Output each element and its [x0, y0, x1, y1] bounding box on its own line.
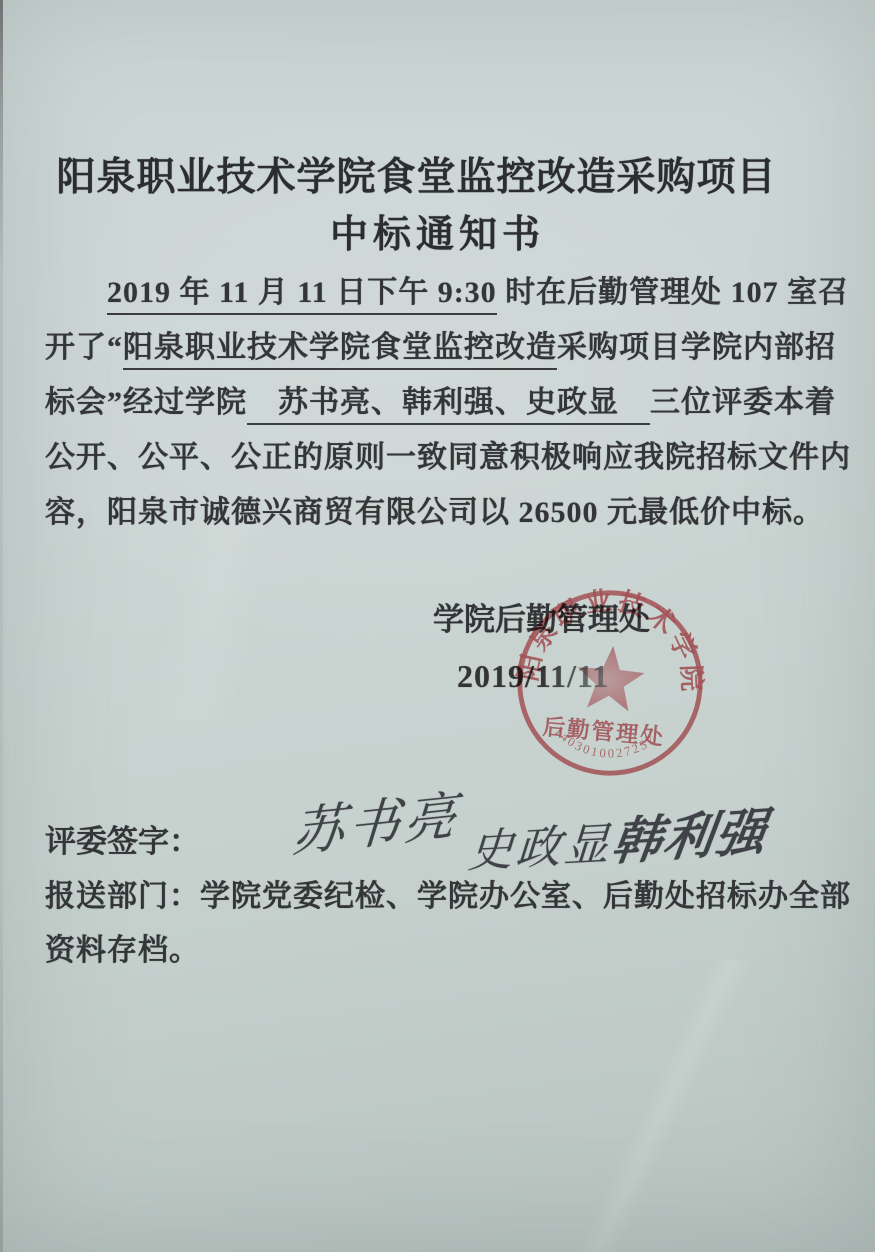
- body-line-3-underlined: 苏书亮、韩利强、史政显: [247, 386, 650, 425]
- body-line-3-pre: 标会”经过学院: [45, 386, 247, 419]
- body-line-3: 标会”经过学院 苏书亮、韩利强、史政显 三位评委本着: [45, 388, 836, 418]
- body-line-4-text: 公开、公平、公正的原则一致同意积极响应我院招标文件内: [45, 441, 851, 474]
- doc-title-line2: 中标通知书: [0, 216, 875, 254]
- body-line-5: 容，阳泉市诚德兴商贸有限公司以 26500 元最低价中标。: [45, 498, 824, 528]
- body-line-2-underlined: 阳泉职业技术学院食堂监控改造: [123, 331, 557, 370]
- body-line-1-rest: 时在后勤管理处 107 室召: [497, 276, 850, 309]
- body-line-2: 开了“阳泉职业技术学院食堂监控改造采购项目学院内部招: [45, 333, 836, 363]
- evaluator-signature-label: 评委签字：: [45, 826, 200, 857]
- body-line-3-rest: 三位评委本着: [650, 386, 836, 419]
- body-line-2-rest: 采购项目学院内部招: [557, 331, 836, 364]
- photo-left-edge-shadow: [0, 0, 3, 1252]
- document-page: 阳泉职业技术学院食堂监控改造采购项目 中标通知书 2019 年 11 月 11 …: [0, 0, 875, 1252]
- body-line-1-underlined: 2019 年 11 月 11 日下午 9:30: [107, 276, 497, 315]
- distribution-line-1: 报送部门：学院党委纪检、学院办公室、后勤处招标办全部: [45, 882, 851, 912]
- signature-han-liqiang: 韩利强: [609, 806, 772, 868]
- doc-title-line1: 阳泉职业技术学院食堂监控改造采购项目: [0, 158, 875, 197]
- body-line-1-pre: [45, 276, 107, 309]
- body-line-2-pre: 开了“: [45, 331, 123, 364]
- seal-ink-fade: [540, 635, 670, 725]
- distribution-line-2: 资料存档。: [45, 936, 200, 966]
- body-line-4: 公开、公平、公正的原则一致同意积极响应我院招标文件内: [45, 443, 851, 473]
- paper-crease: [0, 520, 420, 720]
- signature-su-shuliang: 苏书亮: [291, 791, 462, 861]
- body-line-5-text: 容，阳泉市诚德兴商贸有限公司以 26500 元最低价中标。: [45, 496, 824, 529]
- signature-shi-zhengxian: 史政显: [467, 822, 614, 875]
- paper-crease: [455, 960, 875, 1252]
- body-line-1: 2019 年 11 月 11 日下午 9:30 时在后勤管理处 107 室召: [45, 278, 849, 308]
